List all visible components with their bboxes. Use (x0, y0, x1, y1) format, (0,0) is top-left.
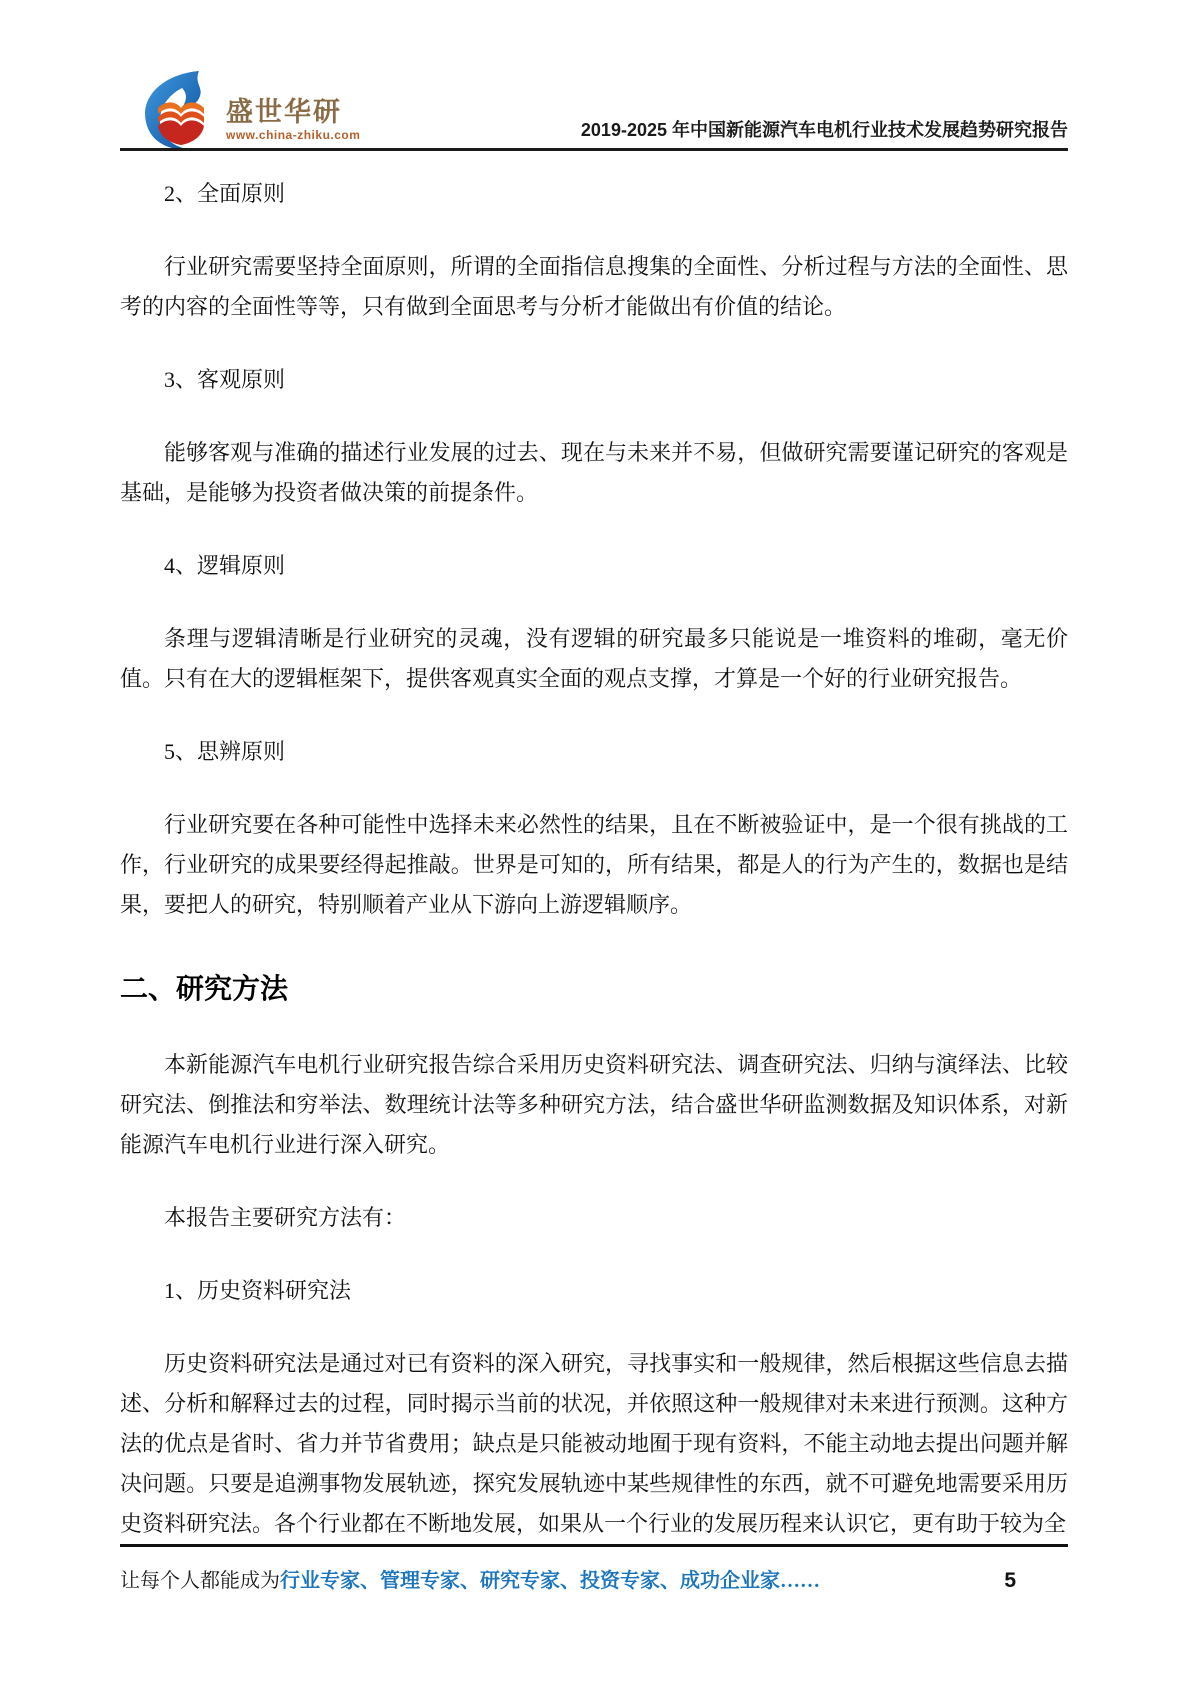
label-method-1: 1、历史资料研究法 (120, 1271, 1068, 1311)
section-label-5: 5、思辨原则 (120, 732, 1068, 772)
section-heading-methods: 二、研究方法 (120, 971, 1068, 1007)
paragraph-historical-method: 历史资料研究法是通过对已有资料的深入研究，寻找事实和一般规律，然后根据这些信息去… (120, 1344, 1068, 1544)
brand-logo: 盛世华研 www.china-zhiku.com (142, 70, 360, 152)
section-label-2: 2、全面原则 (120, 174, 1068, 214)
report-title: 2019-2025 年中国新能源汽车电机行业技术发展趋势研究报告 (581, 116, 1068, 142)
paragraph-logic: 条理与逻辑清晰是行业研究的灵魂，没有逻辑的研究最多只能说是一堆资料的堆砌，毫无价… (120, 619, 1068, 699)
header-divider (120, 148, 1068, 151)
paragraph-methods-intro: 本新能源汽车电机行业研究报告综合采用历史资料研究法、调查研究法、归纳与演绎法、比… (120, 1045, 1068, 1165)
page-number: 5 (1004, 1569, 1068, 1593)
brand-name: 盛世华研 (226, 97, 360, 127)
section-label-4: 4、逻辑原则 (120, 546, 1068, 586)
label-main-methods: 本报告主要研究方法有： (120, 1198, 1068, 1238)
paragraph-speculative: 行业研究要在各种可能性中选择未来必然性的结果，且在不断被验证中，是一个很有挑战的… (120, 805, 1068, 925)
footer-tagline-highlight: 行业专家、管理专家、研究专家、投资专家、成功企业家…… (280, 1570, 820, 1592)
footer-tagline: 让每个人都能成为行业专家、管理专家、研究专家、投资专家、成功企业家…… (120, 1564, 820, 1598)
footer-tagline-prefix: 让每个人都能成为 (120, 1570, 280, 1592)
report-page: 盛世华研 www.china-zhiku.com 2019-2025 年中国新能… (0, 0, 1190, 1683)
open-book-swoosh-icon (142, 70, 220, 152)
paragraph-objective: 能够客观与准确的描述行业发展的过去、现在与未来并不易，但做研究需要谨记研究的客观… (120, 433, 1068, 513)
paragraph-comprehensive: 行业研究需要坚持全面原则，所谓的全面指信息搜集的全面性、分析过程与方法的全面性、… (120, 247, 1068, 327)
document-content: 2、全面原则 行业研究需要坚持全面原则，所谓的全面指信息搜集的全面性、分析过程与… (120, 160, 1068, 1577)
footer-divider (120, 1544, 1068, 1547)
brand-url: www.china-zhiku.com (226, 127, 360, 143)
section-label-3: 3、客观原则 (120, 360, 1068, 400)
